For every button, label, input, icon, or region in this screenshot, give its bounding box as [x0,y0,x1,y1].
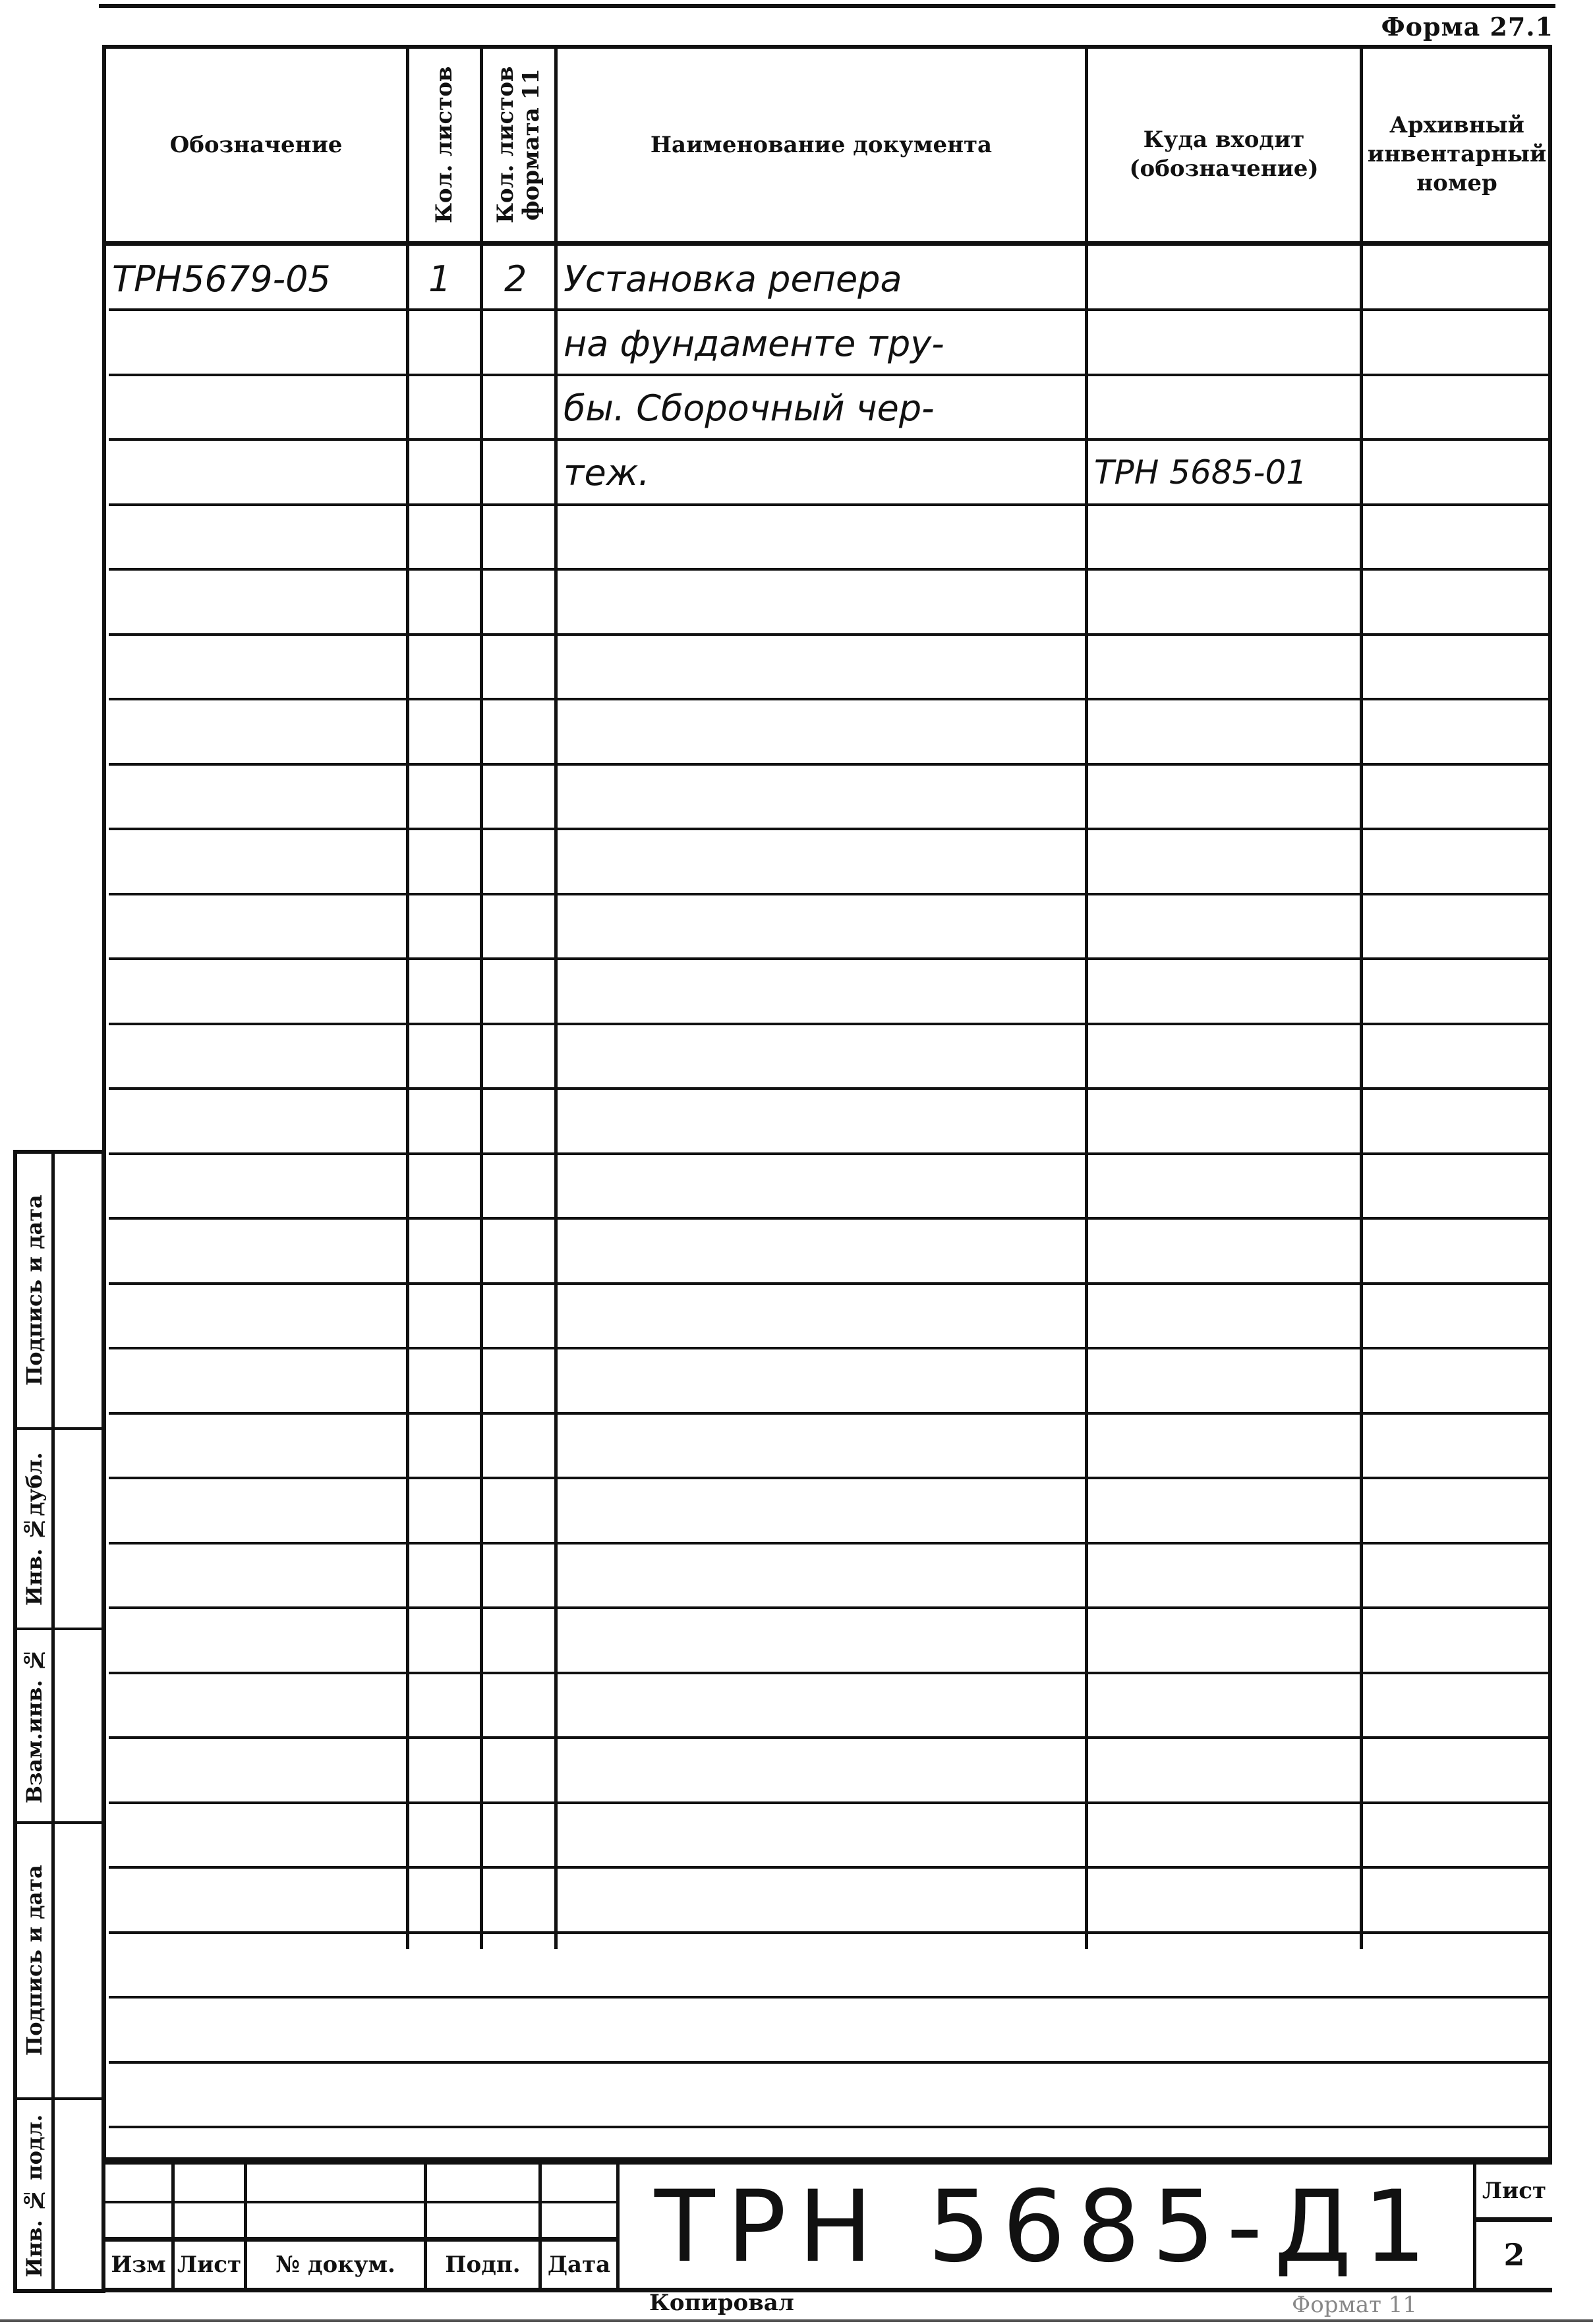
table-row-line [109,1087,1549,1090]
table-row-line [109,633,1549,636]
table-row-line [109,503,1549,506]
header-used-in: Куда входит (обозначение) [1088,49,1360,260]
column-divider [480,46,483,1949]
column-divider [1085,46,1088,1949]
margin-signature-date-2: Подпись и дата [17,1824,51,2097]
margin-signature-date-1: Подпись и дата [17,1154,51,1427]
table-row-line [109,2061,1549,2064]
table-row-line [109,893,1549,895]
header-divider [102,241,1552,246]
margin-original-inv: Инв. № подл. [17,2100,51,2291]
margin-replacement-inv: Взам.инв. № [17,1630,51,1821]
table-row-line [109,1282,1549,1285]
table-row-line [109,1931,1549,1934]
table-row-line [109,568,1549,571]
header-archive-number: Архивный инвентарный номер [1363,49,1551,260]
table-row-line [109,957,1549,960]
bottom-edge [0,2319,1593,2322]
table-row-line [109,1866,1549,1869]
column-divider [1360,46,1363,1949]
title-block-row-line [105,2237,618,2242]
column-divider [406,46,409,1949]
title-block-top [102,2160,1552,2165]
header-document-name: Наименование документа [558,49,1085,241]
row-4-used-in: ТРН 5685-01 [1094,443,1307,502]
row-1-sheets-format: 2 [504,249,527,308]
column-divider [554,46,558,1949]
table-row-line [109,1736,1549,1739]
row-1-name: Установка репера [564,249,902,308]
title-col-date: Дата [542,2242,616,2288]
row-1-sheets: 1 [428,249,451,308]
table-row-line [109,1801,1549,1804]
table-row-line [109,438,1549,441]
table-row-line [109,1347,1549,1349]
table-row-line [109,374,1549,376]
table-row-line [109,763,1549,766]
row-2-name: на фундаменте тру- [564,314,944,373]
title-col-signature: Подп. [427,2242,538,2288]
title-block-row-line [105,2201,618,2203]
form-number: Форма 27.1 [1381,12,1553,42]
table-row-line [109,1477,1549,1479]
sheet-box-line [1474,2217,1552,2222]
document-code: ТРН 5685-Д1 [620,2165,1473,2290]
sheet-number: 2 [1476,2222,1552,2288]
table-row-line [109,2126,1549,2128]
table-row-line [109,828,1549,830]
table-row-line [109,698,1549,700]
row-1-designation: ТРН5679-05 [112,249,331,308]
table-row-line [109,1542,1549,1545]
title-col-change: Изм [105,2242,171,2288]
row-4-name: теж. [564,443,650,502]
table-row-line [109,1672,1549,1674]
header-designation: Обозначение [106,49,406,241]
table-row-line [109,1412,1549,1415]
table-row-line [109,1996,1549,1998]
header-sheet-count-format: Кол. листов формата 11 [483,49,554,241]
header-sheet-count: Кол. листов [409,49,480,241]
table-row-line [109,308,1549,311]
top-border-line [99,4,1555,8]
left-margin-divider [51,1150,55,2293]
format-label: Формат 11 [1292,2292,1417,2318]
table-row-line [109,1152,1549,1155]
sheet-label: Лист [1476,2165,1552,2217]
margin-duplicate-inv: Инв. №дубл. [17,1430,51,1628]
title-col-sheet: Лист [175,2242,244,2288]
copied-label: Копировал [649,2290,794,2316]
row-3-name: бы. Сборочный чер- [564,378,935,438]
title-col-doc-number: № докум. [247,2242,424,2288]
table-row-line [109,1217,1549,1220]
table-row-line [109,1606,1549,1609]
table-row-line [109,1023,1549,1025]
